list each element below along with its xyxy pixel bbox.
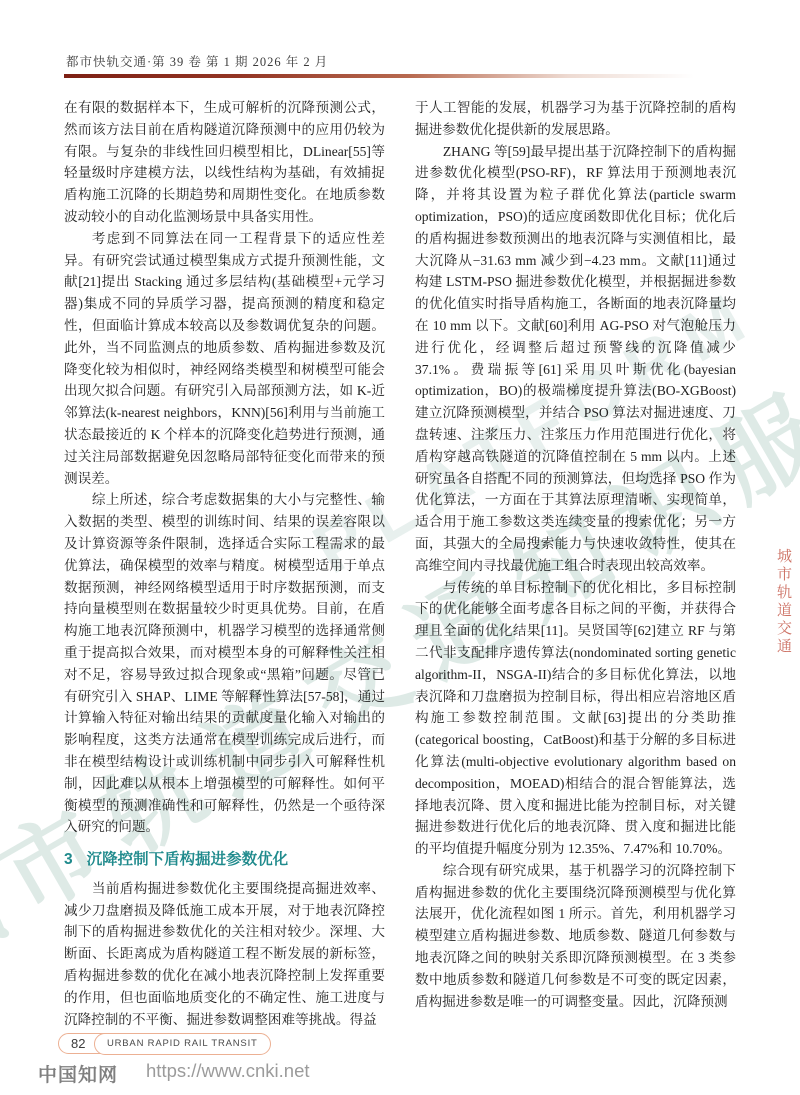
paragraph: 考虑到不同算法在同一工程背景下的适应性差异。有研究尝试通过模型集成方式提升预测性… (64, 228, 385, 490)
page-number: 82 (59, 1034, 95, 1053)
section-heading: 3 沉降控制下盾构掘进参数优化 (64, 849, 385, 871)
paragraph: 与传统的单目标控制下的优化相比，多目标控制下的优化能够全面考虑各目标之间的平衡，… (415, 577, 736, 860)
cnki-watermark: 中国知网 https://www.cnki.net (38, 1060, 310, 1087)
header-rule (64, 74, 694, 78)
paragraph: ZHANG 等[59]最早提出基于沉降控制下的盾构掘进参数优化模型(PSO-RF… (415, 141, 736, 577)
left-column: 在有限的数据样本下，生成可解析的沉降预测公式，然而该方法目前在盾构隧道沉降预测中… (64, 97, 385, 1030)
section-title: 沉降控制下盾构掘进参数优化 (87, 849, 289, 871)
side-seal-text: 城市轨道交通 (773, 548, 794, 656)
paragraph: 综合现有研究成果，基于机器学习的沉降控制下盾构掘进参数的优化主要围绕沉降预测模型… (415, 860, 736, 1013)
running-head: 都市快轨交通·第 39 卷 第 1 期 2026 年 2 月 (66, 52, 328, 70)
paragraph: 当前盾构掘进参数优化主要围绕提高掘进效率、减少刀盘磨损及降低施工成本开展，对于地… (64, 878, 385, 1031)
paragraph: 综上所述，综合考虑数据集的大小与完整性、输入数据的类型、模型的训练时间、结果的误… (64, 489, 385, 838)
section-number: 3 (64, 849, 73, 871)
cnki-url-text: https://www.cnki.net (146, 1060, 309, 1087)
paragraph: 在有限的数据样本下，生成可解析的沉降预测公式，然而该方法目前在盾构隧道沉降预测中… (64, 97, 385, 228)
footer-page-badge: 82 URBAN RAPID RAIL TRANSIT (58, 1033, 270, 1054)
journal-page: 城市轨道交通知识服务平台 PLATFORM 城市轨道交通 都市快轨交通·第 39… (0, 0, 800, 1095)
paragraph: 于人工智能的发展，机器学习为基于沉降控制的盾构掘进参数优化提供新的发展思路。 (415, 97, 736, 141)
cnki-logo-text: 中国知网 (38, 1060, 118, 1087)
article-body: 在有限的数据样本下，生成可解析的沉降预测公式，然而该方法目前在盾构隧道沉降预测中… (64, 97, 736, 1030)
right-column: 于人工智能的发展，机器学习为基于沉降控制的盾构掘进参数优化提供新的发展思路。 Z… (415, 97, 736, 1030)
journal-name-english: URBAN RAPID RAIL TRANSIT (94, 1033, 271, 1055)
